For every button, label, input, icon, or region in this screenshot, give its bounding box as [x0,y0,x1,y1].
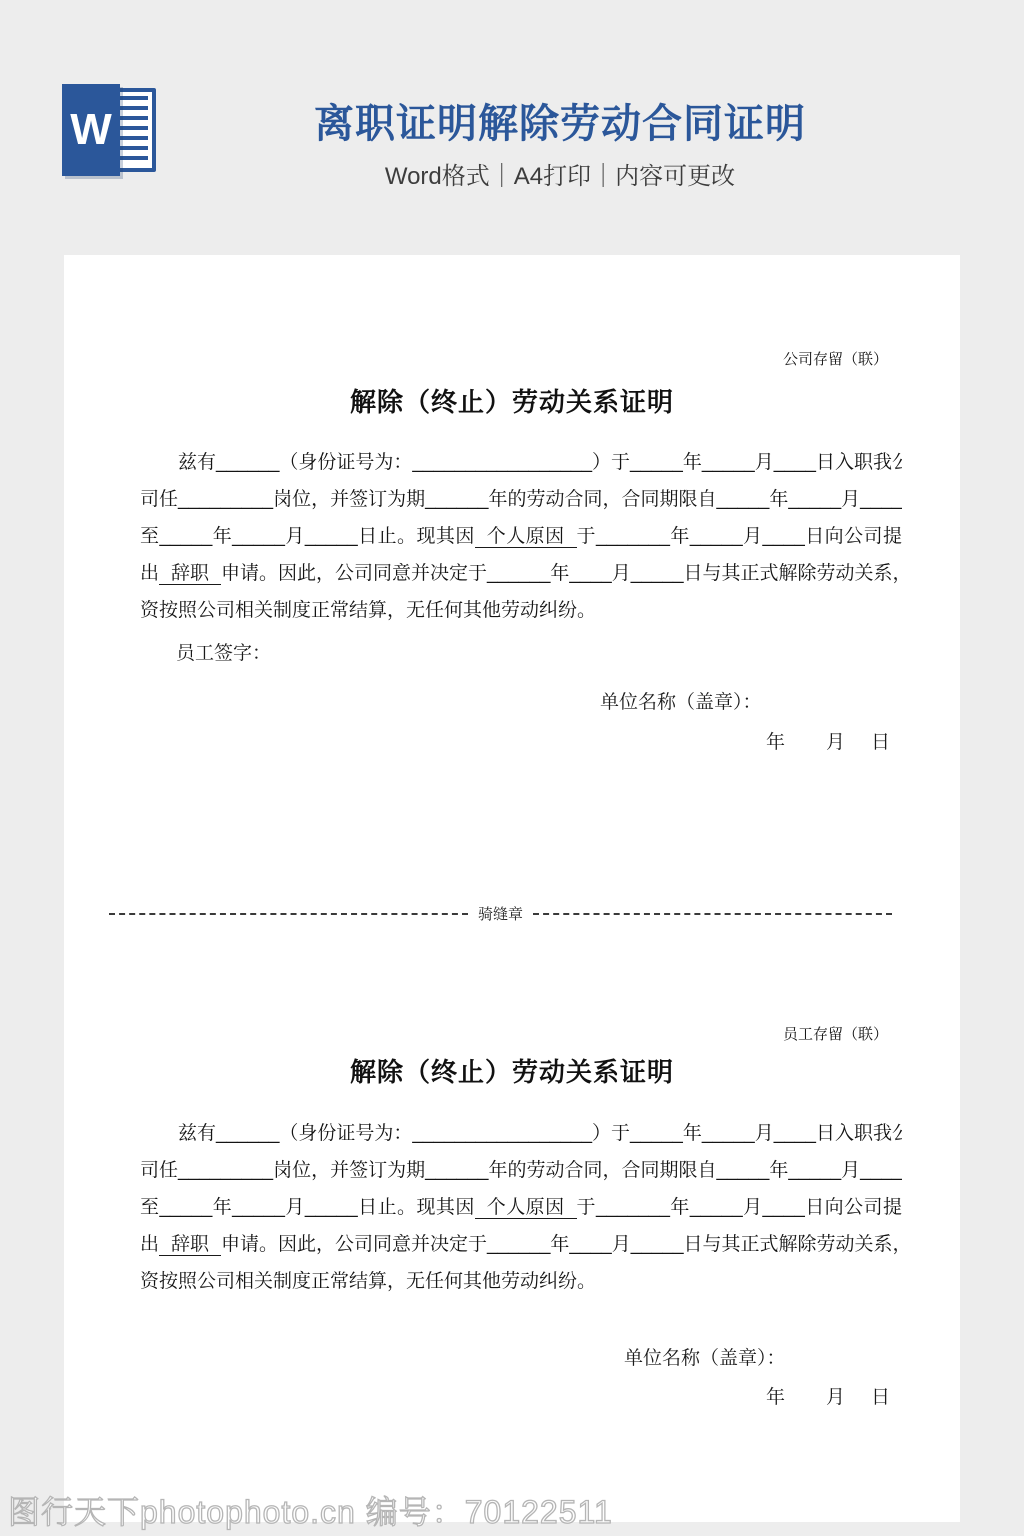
divider-dash-left [109,913,468,915]
divider-dash-right [533,913,892,915]
site-watermark: 图行天下photophoto.cn 编号：70122511 [8,1487,613,1533]
date-line: 年 月 日 [766,727,890,754]
body-line: 司任_________岗位，并签订为期______年的劳动合同，合同期限自___… [140,481,902,518]
body-line: 资按照公司相关制度正常结算，无任何其他劳动纠纷。 [140,592,902,629]
date-year: 年 [766,1382,785,1409]
certificate-body: 兹有______（身份证号为：_________________）于_____年… [140,444,902,629]
page-title: 离职证明解除劳动合同证明 [170,92,950,149]
date-day: 日 [871,1382,890,1409]
word-letter: W [70,108,112,152]
body-line: 资按照公司相关制度正常结算，无任何其他劳动纠纷。 [140,1263,902,1300]
body-line: 出辞职申请。因此，公司同意并决定于______年____月_____日与其正式解… [140,1226,902,1263]
certificate-body: 兹有______（身份证号为：_________________）于_____年… [140,1115,902,1300]
body-line: 兹有______（身份证号为：_________________）于_____年… [140,1115,902,1152]
unit-seal-label: 单位名称（盖章）： [600,687,762,714]
date-line: 年 月 日 [766,1382,890,1409]
unit-seal-label: 单位名称（盖章）： [624,1343,786,1370]
word-logo-icon: W [62,80,158,180]
page-subtitle: Word格式｜A4打印｜内容可更改 [170,156,950,191]
copy-label-company: 公司存留（联） [783,348,888,369]
date-year: 年 [766,727,785,754]
employee-signature-label: 员工签字： [176,638,271,665]
word-panel: W [62,84,120,176]
copy-label-employee: 员工存留（联） [783,1023,888,1044]
document-page: 公司存留（联） 解除（终止）劳动关系证明 兹有______（身份证号为：____… [64,255,960,1522]
body-line: 至_____年_____月_____日止。现其因个人原因于_______年___… [140,1189,902,1226]
date-month: 月 [826,727,845,754]
perforation-seal-label: 骑缝章 [478,903,523,924]
date-month: 月 [826,1382,845,1409]
body-line: 至_____年_____月_____日止。现其因个人原因于_______年___… [140,518,902,555]
date-day: 日 [871,727,890,754]
body-line: 司任_________岗位，并签订为期______年的劳动合同，合同期限自___… [140,1152,902,1189]
perforation-seal-divider: 骑缝章 [109,903,892,924]
certificate-title: 解除（终止）劳动关系证明 [64,1052,960,1089]
body-line: 出辞职申请。因此，公司同意并决定于______年____月_____日与其正式解… [140,555,902,592]
body-line: 兹有______（身份证号为：_________________）于_____年… [140,444,902,481]
certificate-title: 解除（终止）劳动关系证明 [64,382,960,419]
